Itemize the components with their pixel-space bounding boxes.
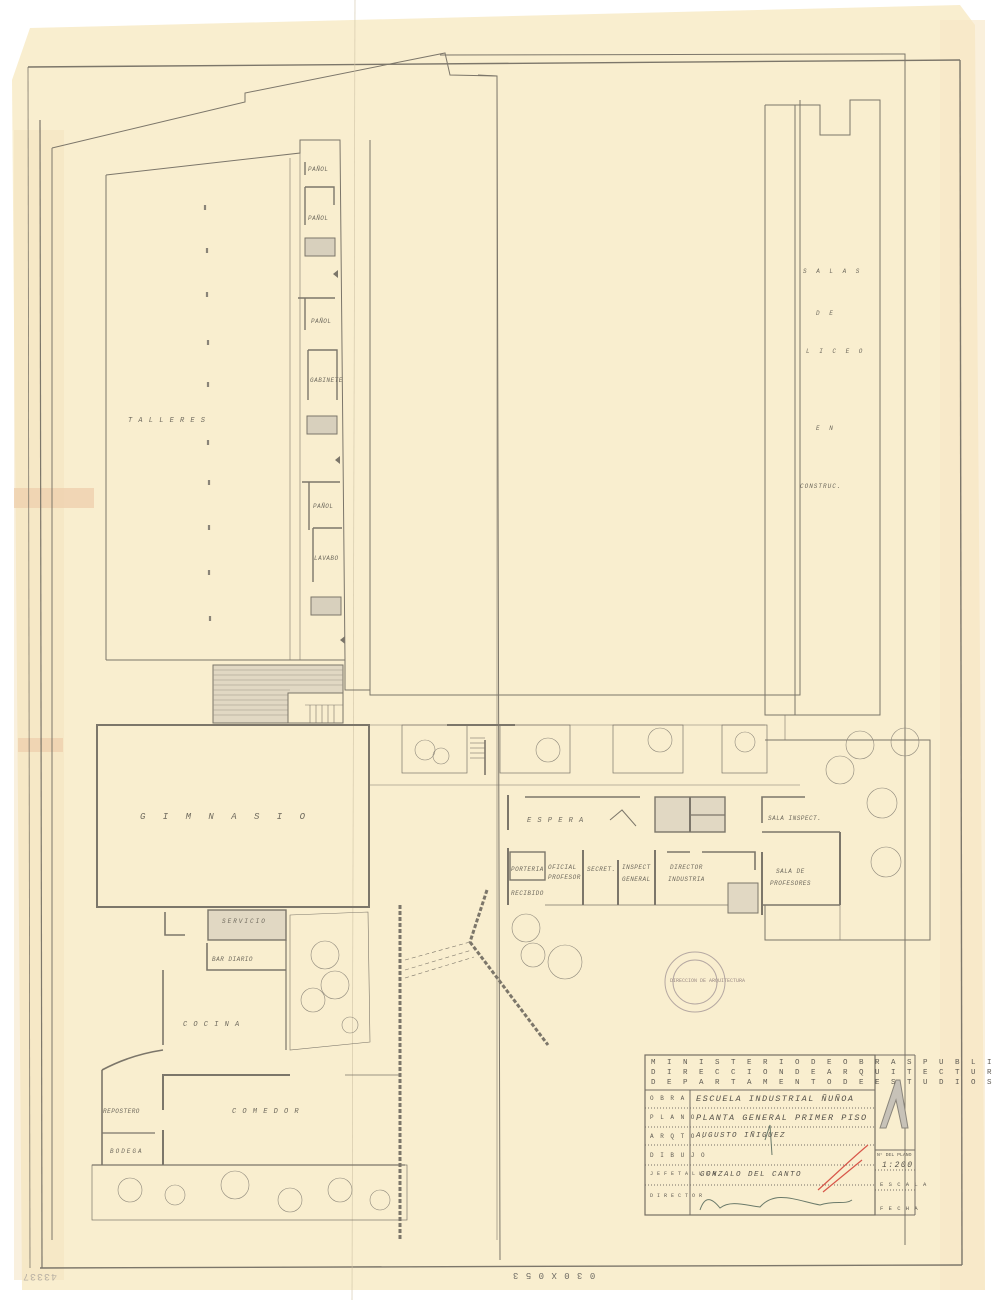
room-label-comedor: C O M E D O R [232, 1108, 300, 1116]
title-value-jefe-taller: GONZALO DEL CANTO [700, 1171, 802, 1179]
room-label-gimnasio: G I M N A S I O [140, 812, 311, 822]
room-label-workshop-5: PAÑOL [313, 503, 334, 510]
room-label-repostero: REPOSTERO [103, 1108, 140, 1115]
room-label-workshop-4: GABINETE [310, 377, 343, 384]
archive-code-left: 43337 [22, 1270, 57, 1281]
room-label-recibido: RECIBIDO [511, 890, 544, 897]
room-label-bar-diario: BAR DIARIO [212, 956, 253, 963]
title-value-arqto: AUGUSTO IÑIGUEZ [696, 1132, 786, 1140]
title-scale-value: 1:200 [882, 1161, 914, 1170]
room-label-sala-de: SALA DE [776, 868, 805, 875]
room-label-workshop-3: PAÑOL [311, 318, 332, 325]
room-label-espera: E S P E R A [527, 817, 584, 825]
room-label-bodega: BODEGA [110, 1148, 144, 1155]
title-plano-number-label: N° DEL PLANO [877, 1153, 912, 1158]
title-key-director: D I R E C T O R [650, 1193, 703, 1199]
title-escala-label: E S C A L A [880, 1181, 927, 1188]
stamp-text: DIRECCION DE ARQUITECTURA [670, 978, 745, 984]
room-label-industria: INDUSTRIA [668, 876, 705, 883]
title-fecha-label: F E C H A [880, 1205, 919, 1212]
title-key-plano: P L A N O [650, 1114, 696, 1121]
title-header-line-3: D E P A R T A M E N T O D E E S T U D I … [651, 1079, 995, 1087]
room-label-en: E N [816, 425, 836, 432]
title-header-line-2: D I R E C C I O N D E A R Q U I T E C T … [651, 1069, 996, 1077]
room-label-inspect: INSPECT [622, 864, 651, 871]
room-label-liceo: L I C E O [806, 348, 865, 355]
room-label-general: GENERAL [622, 876, 651, 883]
room-label-talleres: T A L L E R E S [128, 417, 206, 425]
room-label-director: DIRECTOR [670, 864, 703, 871]
room-label-construc: CONSTRUC. [800, 483, 841, 490]
room-label-workshop-1: PAÑOL [308, 166, 329, 173]
room-label-workshop-6: LAVABO [314, 555, 339, 562]
room-label-porteria: PORTERIA [511, 866, 544, 873]
floor-plan-sheet [0, 0, 996, 1300]
title-header-line-1: M I N I S T E R I O D E O B R A S P U B … [651, 1059, 996, 1067]
title-value-obra: ESCUELA INDUSTRIAL ÑUÑOA [696, 1094, 854, 1104]
room-label-secret: SECRET. [587, 866, 616, 873]
room-label-cocina: C O C I N A [183, 1021, 240, 1029]
title-key-dibujo: D I B U J O [650, 1152, 706, 1159]
room-label-profesores: PROFESORES [770, 880, 811, 887]
room-label-sala-inspect: SALA INSPECT. [768, 815, 821, 822]
room-label-profesor: PROFESOR [548, 874, 581, 881]
archive-code-bottom: 0 3 0 X 0 5 3 [512, 1270, 595, 1280]
title-value-plano: PLANTA GENERAL PRIMER PISO [696, 1113, 868, 1123]
room-label-de: D E [816, 310, 836, 317]
room-label-salas: S A L A S [803, 268, 862, 275]
room-label-workshop-2: PAÑOL [308, 215, 329, 222]
title-key-obra: O B R A [650, 1095, 686, 1102]
room-label-servicio: SERVICIO [222, 918, 267, 925]
room-label-oficial: OFICIAL [548, 864, 577, 871]
